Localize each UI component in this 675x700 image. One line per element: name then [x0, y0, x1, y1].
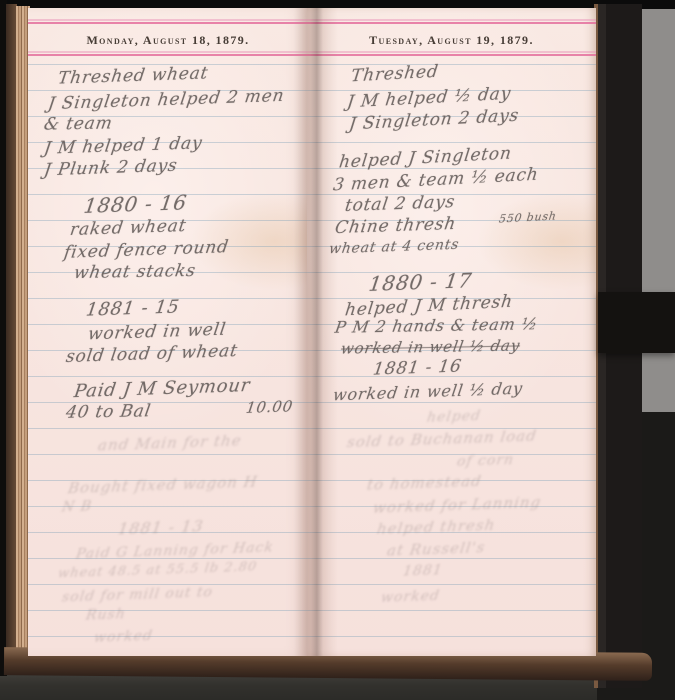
handwriting-line: 10.00 [245, 399, 294, 416]
handwriting-line: worked in well [87, 322, 227, 344]
ghost-line: of corn [456, 453, 515, 469]
right-page-header: Tuesday, August 19, 1879. [307, 33, 596, 48]
ghost-line: 1881 [402, 563, 444, 578]
handwriting-line: 1880 - 16 [83, 192, 189, 216]
handwriting-line: 1880 - 17 [368, 270, 474, 294]
handwriting-line: 1881 - 15 [85, 298, 181, 319]
ghost-line: worked [93, 629, 154, 645]
handwriting-line: 1881 - 16 [372, 358, 463, 378]
ghost-line: to homestead [366, 474, 483, 493]
handwriting-line: raked wheat [69, 218, 188, 239]
pink-rule-top [307, 22, 596, 24]
pink-rule-under-header [307, 54, 596, 56]
handwriting-line: 550 bush [498, 210, 557, 224]
pink-rule-under-header [28, 54, 308, 56]
ghost-line: at Russell's [386, 540, 486, 559]
diary-scan: Monday, August 18, 1879. Threshed wheatJ… [0, 0, 675, 700]
ghost-line: N B [61, 499, 93, 514]
handwriting-line: & team [43, 115, 114, 133]
handwriting-line: Chine thresh [334, 216, 457, 237]
handwriting-line: J Plunk 2 days [43, 158, 179, 180]
ghost-line: worked [380, 589, 441, 605]
ghost-line: helped thresh [376, 518, 496, 537]
handwriting-line: Threshed [350, 64, 439, 86]
handwriting-line: P M 2 hands & team ½ [334, 316, 539, 336]
handwriting-line: worked in well ½ day [340, 338, 521, 356]
handwriting-line: 40 to Bal [65, 403, 152, 422]
ribbon-bookmark [598, 292, 675, 353]
ghost-line: helped [426, 409, 482, 425]
ghost-line: 1881 - 13 [117, 518, 205, 537]
right-page: Tuesday, August 19, 1879. ThreshedJ M he… [307, 8, 596, 656]
pink-rule-top [28, 22, 308, 24]
handwriting-line: total 2 days [344, 194, 456, 215]
ghost-line: Rush [85, 607, 127, 622]
handwriting-line: wheat stacks [73, 263, 197, 282]
left-page: Monday, August 18, 1879. Threshed wheatJ… [28, 8, 308, 656]
left-page-header: Monday, August 18, 1879. [28, 33, 308, 48]
